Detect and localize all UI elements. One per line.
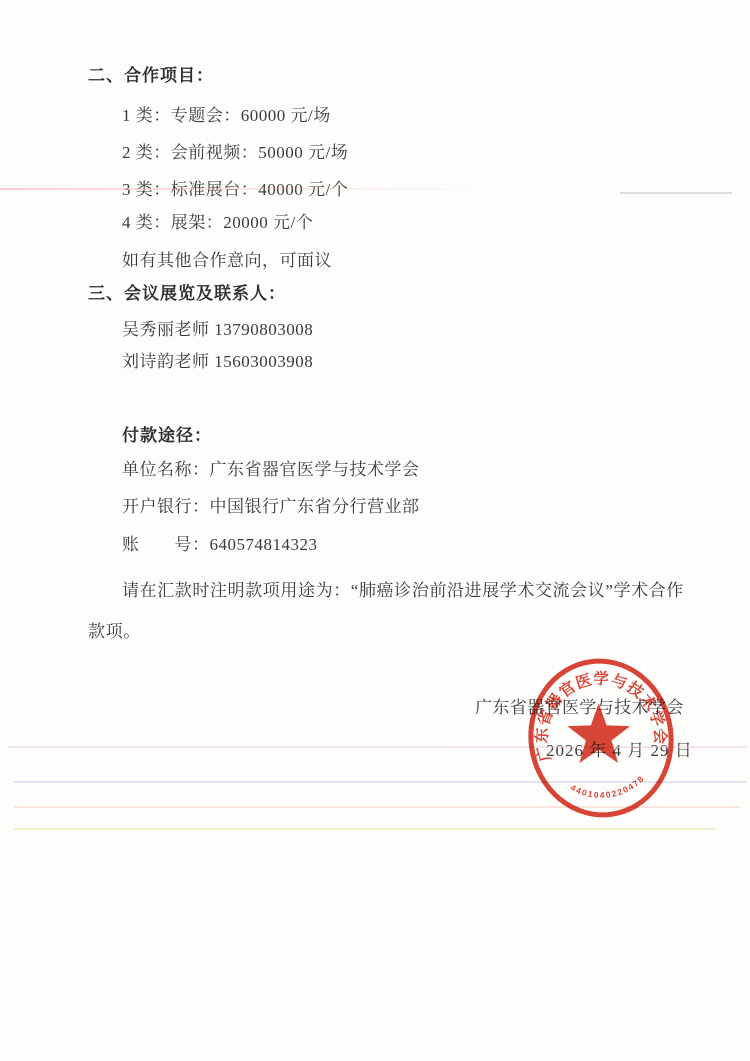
section-heading-contacts: 三、会议展览及联系人： — [88, 282, 286, 306]
payment-account-number: 账 号：640574814323 — [122, 533, 318, 557]
payment-account-name: 单位名称：广东省器官医学与技术学会 — [122, 458, 420, 482]
document-page: 二、合作项目： 1 类：专题会：60000 元/场 2 类：会前视频：50000… — [0, 0, 750, 1061]
contact-line: 吴秀丽老师 13790803008 — [122, 318, 313, 342]
remittance-note: 请在汇款时注明款项用途为：“肺癌诊治前沿进展学术交流会议”学术合作款项。 — [88, 570, 692, 652]
scan-artifact-line — [14, 828, 716, 830]
project-item-4: 4 类：展架：20000 元/个 — [122, 211, 313, 235]
project-item-other: 如有其他合作意向，可面议 — [122, 249, 332, 273]
payment-bank: 开户银行：中国银行广东省分行营业部 — [122, 495, 420, 519]
seal-graphic: 广东省器官医学与技术学会 4401040220478 — [514, 645, 688, 831]
contact-line: 刘诗韵老师 15603003908 — [122, 350, 313, 374]
project-item-2: 2 类：会前视频：50000 元/场 — [122, 141, 348, 165]
svg-text:4401040220478: 4401040220478 — [568, 772, 649, 805]
official-seal: 广东省器官医学与技术学会 4401040220478 — [514, 645, 688, 831]
project-item-1: 1 类：专题会：60000 元/场 — [122, 104, 331, 128]
seal-code: 4401040220478 — [568, 772, 649, 805]
payment-heading: 付款途径： — [122, 424, 212, 448]
scan-artifact-line — [620, 192, 732, 194]
project-item-3: 3 类：标准展台：40000 元/个 — [122, 178, 348, 202]
seal-star-icon — [567, 703, 630, 763]
section-heading-projects: 二、合作项目： — [88, 64, 214, 88]
